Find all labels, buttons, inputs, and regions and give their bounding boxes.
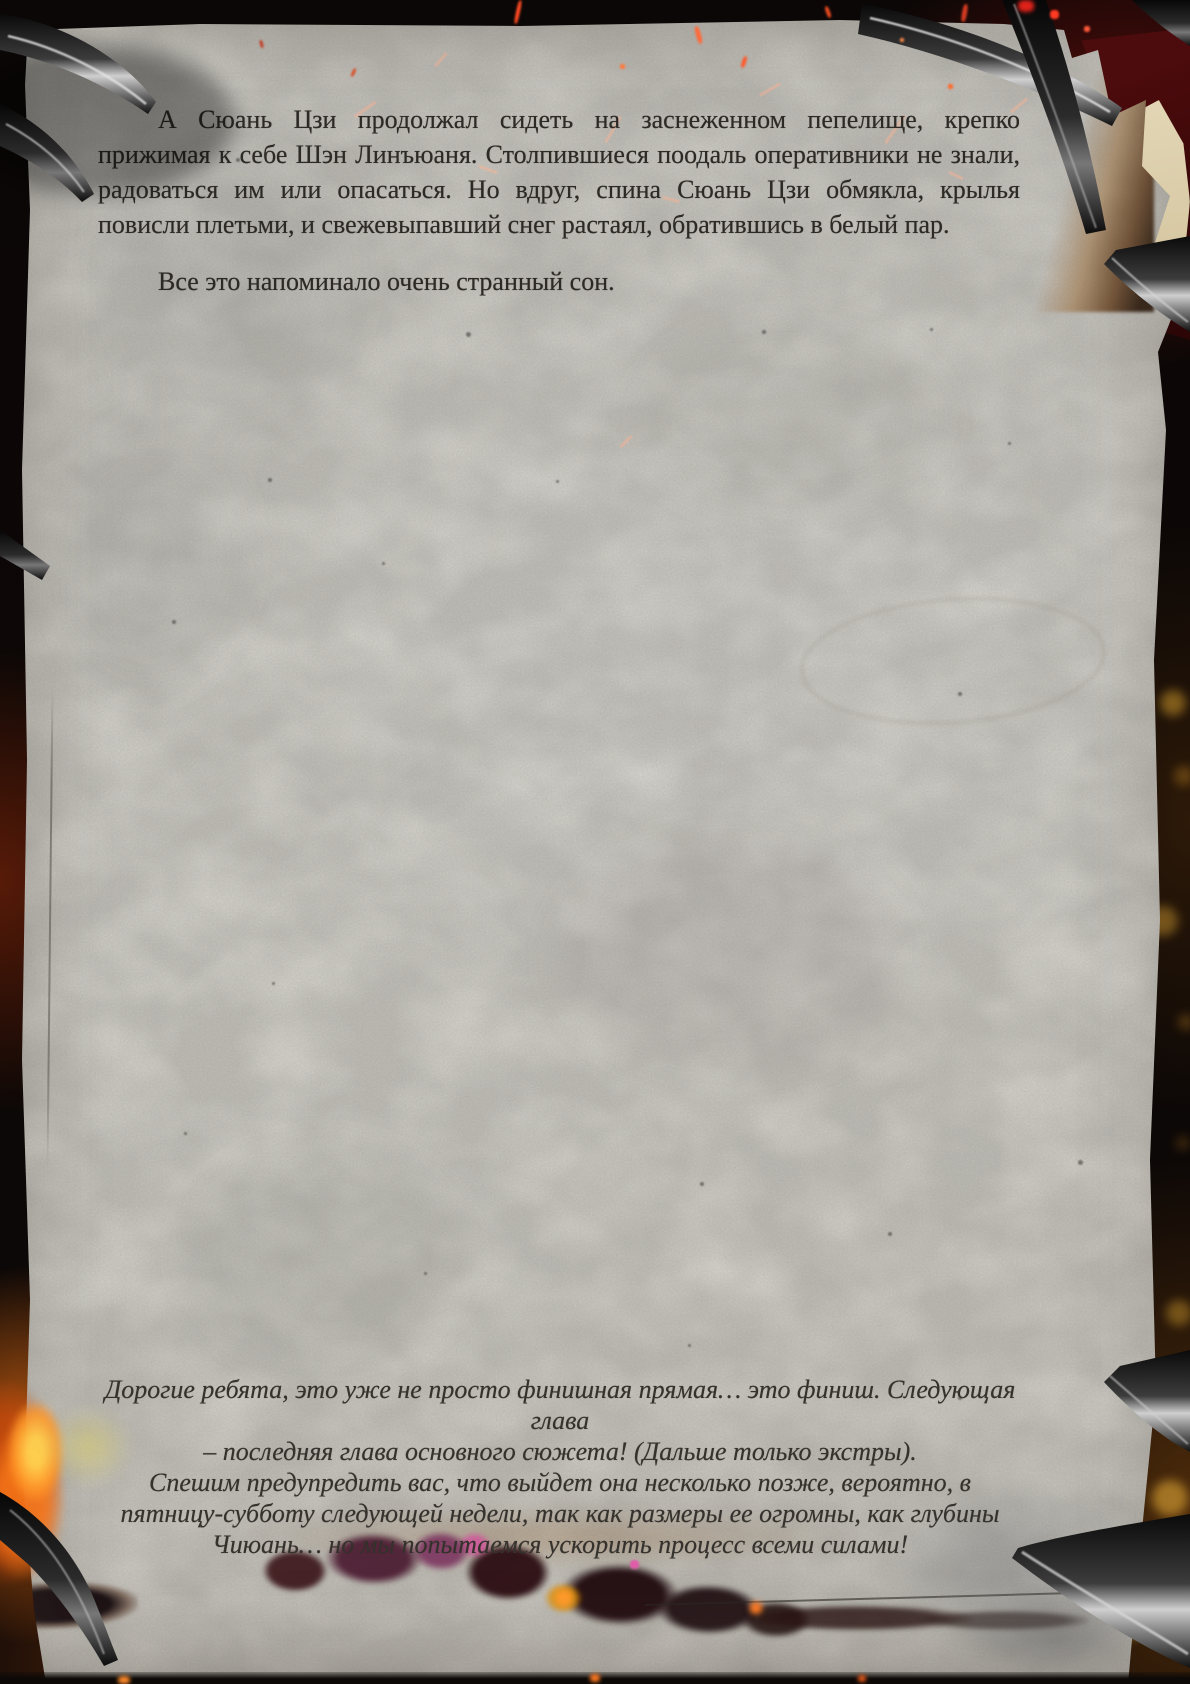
authors-note-line: Спешим предупредить вас, что выйдет она … [85,1467,1035,1498]
story-paragraph-1: А Сюань Цзи продолжал сидеть на заснежен… [98,102,1020,242]
authors-note-line: Дорогие ребята, это уже не просто финишн… [85,1374,1035,1436]
bokeh-light [1152,1480,1188,1516]
spark-ember [620,64,625,69]
authors-note-line: пятницу-субботу следующей недели, так ка… [85,1498,1035,1529]
bokeh-light [1166,1300,1190,1326]
authors-note-line: Чиюань… но мы попытаемся ускорить процес… [85,1529,1035,1560]
spark-ember [948,84,953,89]
story-text-block: А Сюань Цзи продолжал сидеть на заснежен… [98,102,1020,299]
story-paragraph-2: Все это напоминало очень странный сон. [98,264,1020,299]
spark-ember [1084,26,1090,32]
bokeh-light [1160,690,1186,716]
authors-note-block: Дорогие ребята, это уже не просто финишн… [85,1374,1035,1560]
burnt-paper-sheet: А Сюань Цзи продолжал сидеть на заснежен… [0,0,1190,1684]
glowing-ember [858,1675,866,1682]
bokeh-light [1178,1014,1190,1030]
authors-note-line: – последняя глава основного сюжета! (Дал… [85,1436,1035,1467]
glowing-ember [590,1674,600,1682]
bokeh-light [1174,766,1190,786]
spark-ember [1050,10,1059,19]
bokeh-light [1176,1136,1190,1150]
flame-glow [42,1406,134,1488]
spark-ember [900,38,904,42]
glowing-ember [118,1676,130,1684]
page-canvas: А Сюань Цзи продолжал сидеть на заснежен… [0,0,1190,1684]
spark-ember [1018,0,1034,12]
